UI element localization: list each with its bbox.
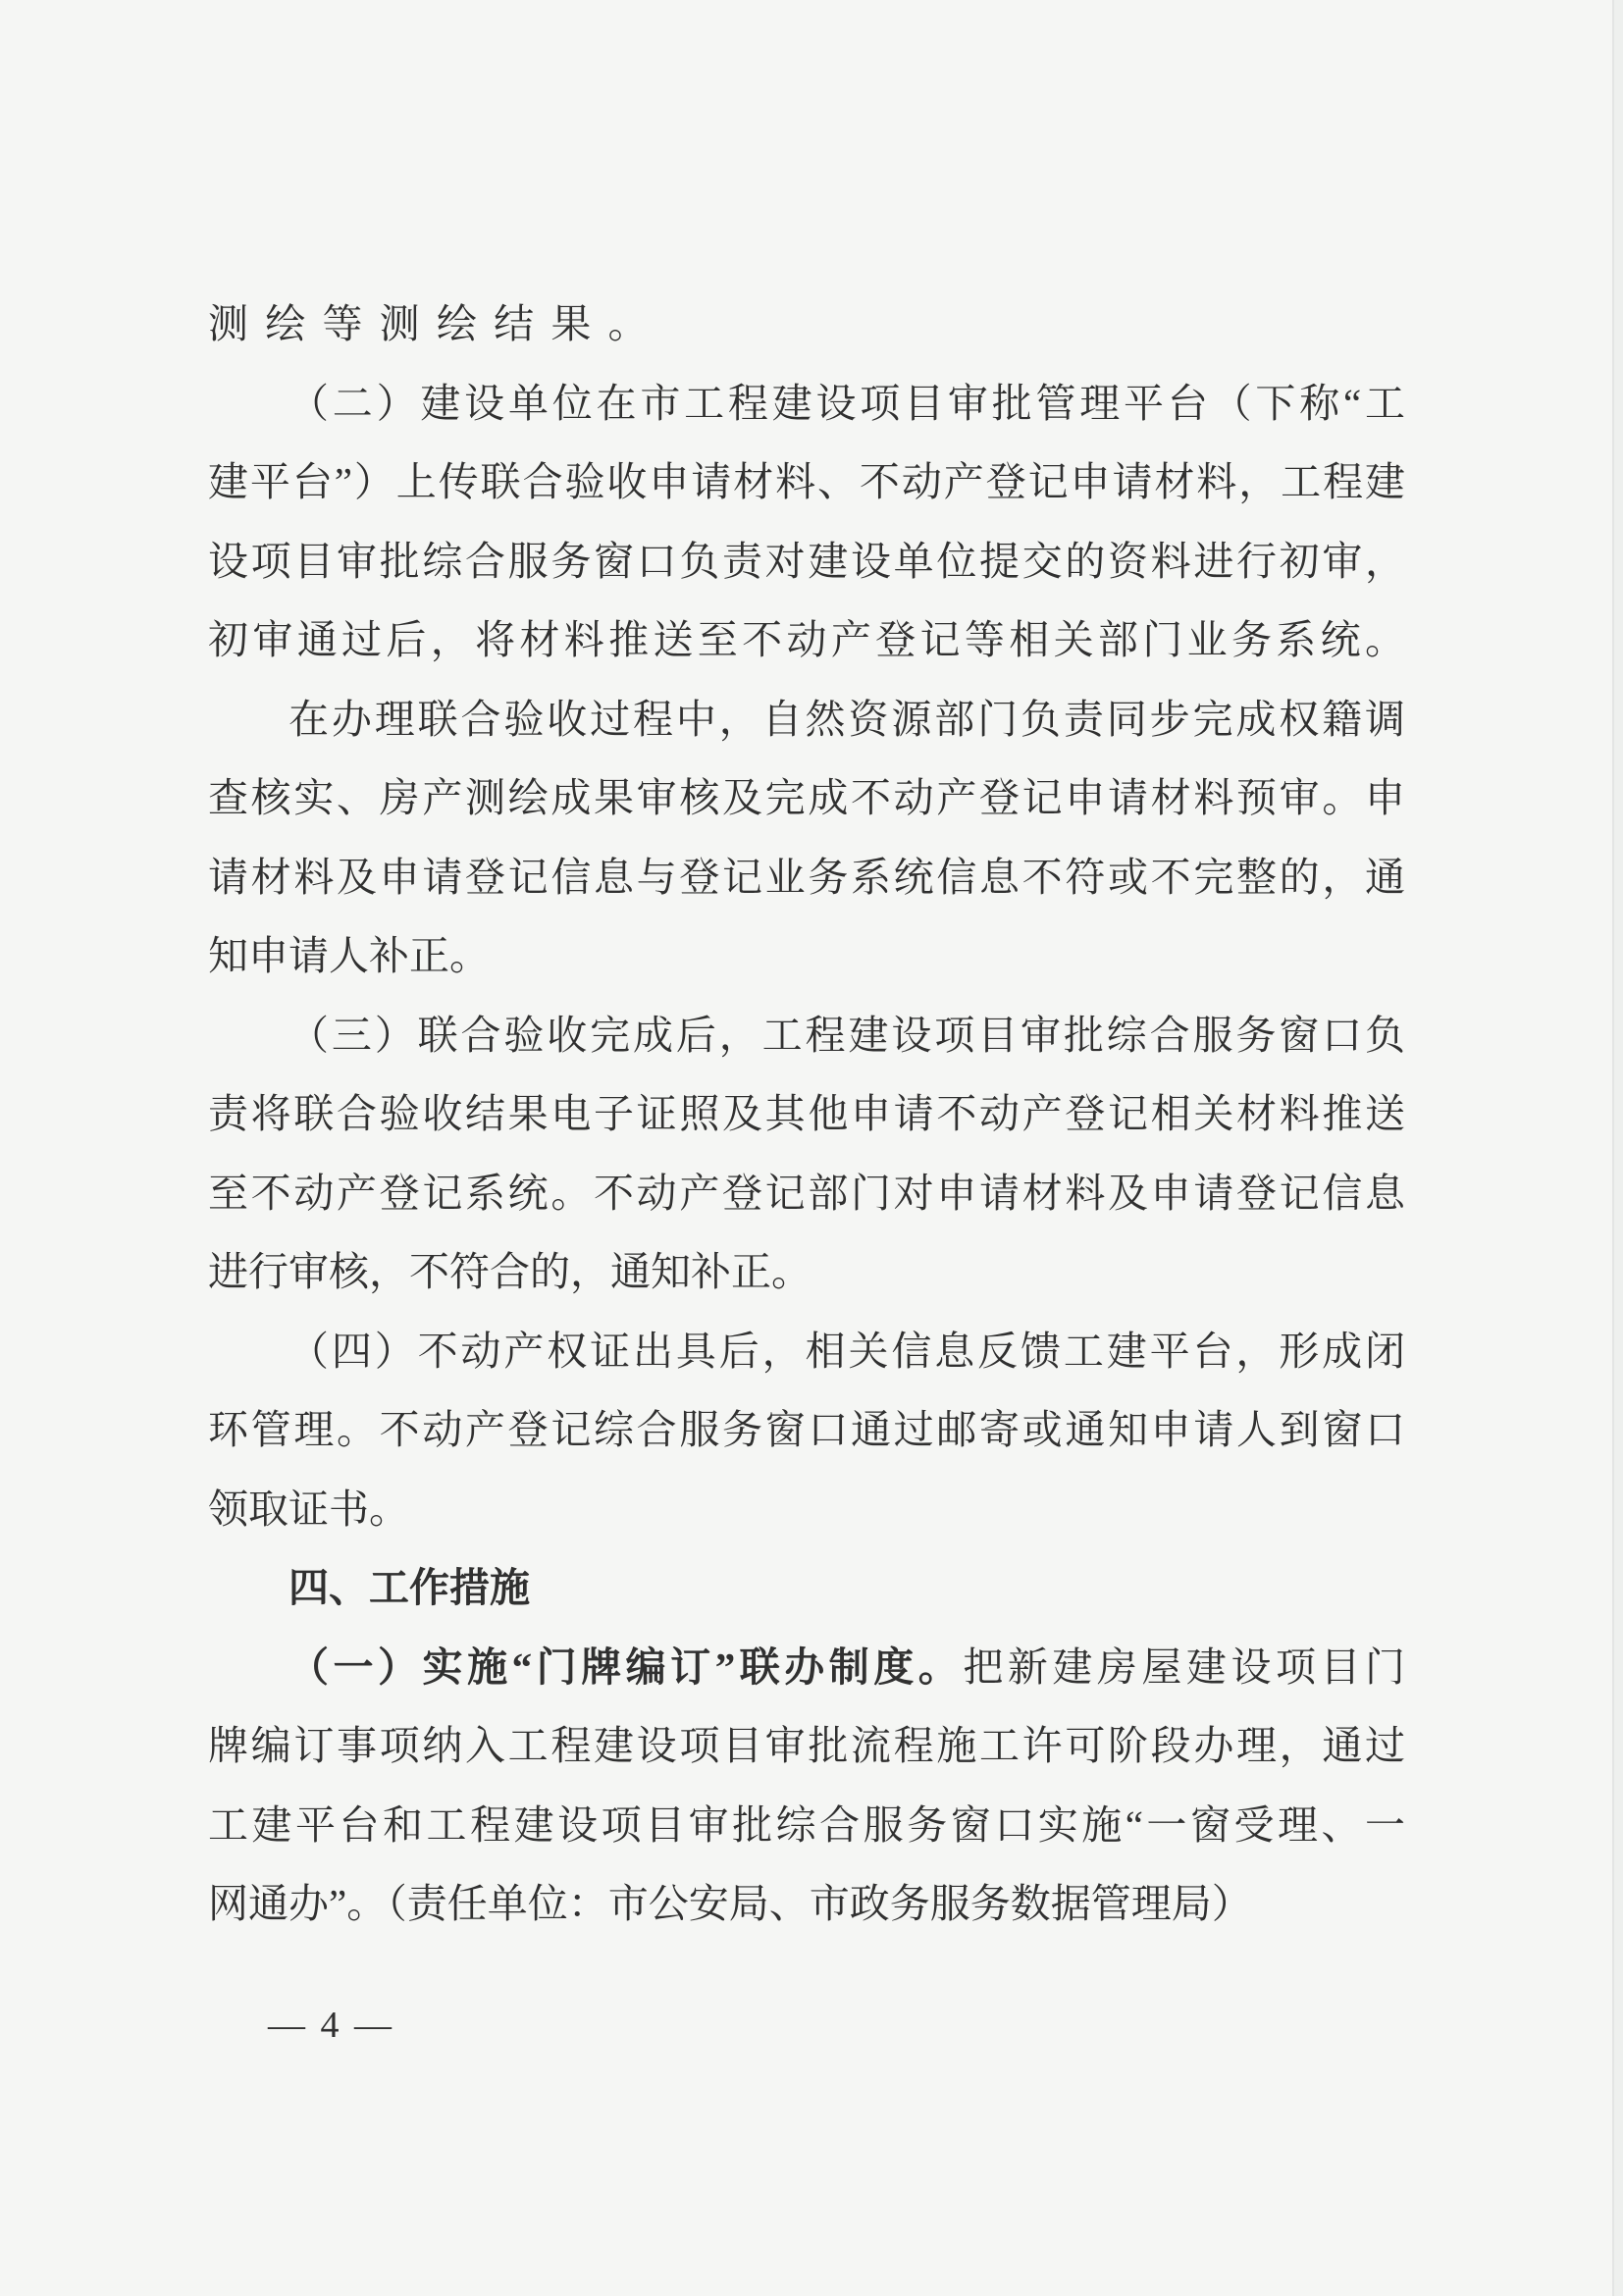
text-line: （一）实施“门牌编订”联办制度。把新建房屋建设项目门 [208, 1628, 1405, 1707]
text-line: 领取证书。 [208, 1470, 1405, 1549]
text-line: 责将联合验收结果电子证照及其他申请不动产登记相关材料推送 [208, 1074, 1405, 1154]
text-line: 在办理联合验收过程中，自然资源部门负责同步完成权籍调 [208, 680, 1405, 759]
text-line: （三）联合验收完成后，工程建设项目审批综合服务窗口负 [208, 996, 1405, 1075]
text-line: 至不动产登记系统。不动产登记部门对申请材料及申请登记信息 [208, 1154, 1405, 1233]
bold-lead-in: （一）实施“门牌编订”联办制度。 [288, 1644, 963, 1690]
document-page: 测绘等测绘结果。（二）建设单位在市工程建设项目审批管理平台（下称“工建平台”）上… [0, 0, 1623, 2296]
text-line: 工建平台和工程建设项目审批综合服务窗口实施“一窗受理、一 [208, 1786, 1405, 1865]
text-line: 牌编订事项纳入工程建设项目审批流程施工许可阶段办理，通过 [208, 1706, 1405, 1786]
document-body: 测绘等测绘结果。（二）建设单位在市工程建设项目审批管理平台（下称“工建平台”）上… [208, 285, 1405, 1944]
text-line: 初审通过后，将材料推送至不动产登记等相关部门业务系统。 [208, 600, 1405, 680]
text-line: 网通办”。（责任单位：市公安局、市政务服务数据管理局） [208, 1864, 1405, 1944]
text-line: 进行审核，不符合的，通知补正。 [208, 1232, 1405, 1312]
text-line: 知申请人补正。 [208, 916, 1405, 996]
text-line: 建平台”）上传联合验收申请材料、不动产登记申请材料，工程建 [208, 443, 1405, 522]
text-line: 测绘等测绘结果。 [208, 285, 1405, 364]
text-line: 环管理。不动产登记综合服务窗口通过邮寄或通知申请人到窗口 [208, 1390, 1405, 1470]
page-number: — 4 — [268, 2004, 394, 2047]
scan-edge-shade [1614, 0, 1623, 2296]
text-line: （四）不动产权证出具后，相关信息反馈工建平台，形成闭 [208, 1312, 1405, 1391]
scan-edge-line [1612, 0, 1614, 2296]
section-heading: 四、工作措施 [208, 1548, 1405, 1628]
text-line: 请材料及申请登记信息与登记业务系统信息不符或不完整的，通 [208, 838, 1405, 917]
text-line: 查核实、房产测绘成果审核及完成不动产登记申请材料预审。申 [208, 758, 1405, 838]
text-line: 设项目审批综合服务窗口负责对建设单位提交的资料进行初审， [208, 522, 1405, 601]
text-line: （二）建设单位在市工程建设项目审批管理平台（下称“工 [208, 364, 1405, 444]
